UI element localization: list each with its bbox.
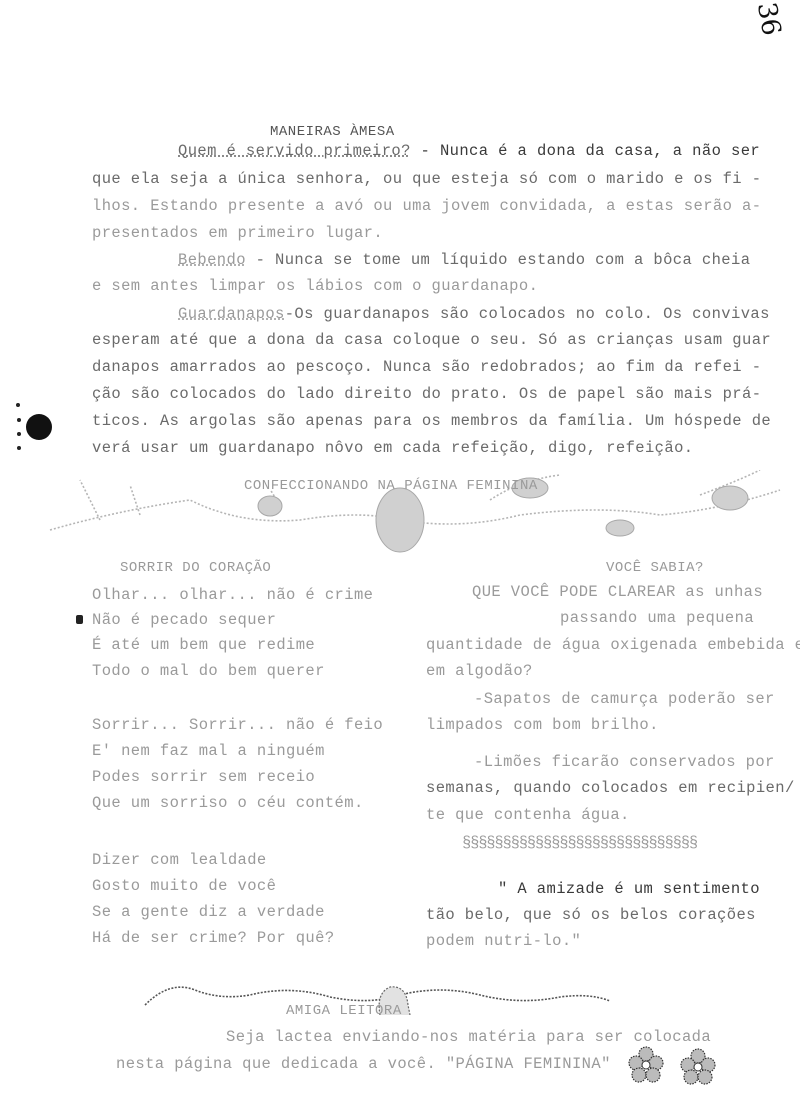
poem-line: Podes sorrir sem receio bbox=[92, 768, 315, 786]
poem-line: E' nem faz mal a ninguém bbox=[92, 742, 325, 760]
paragraph-line: ticos. As argolas são apenas para os mem… bbox=[92, 412, 771, 430]
poem-line: Todo o mal do bem querer bbox=[92, 662, 325, 680]
tip-line: semanas, quando colocados em recipien/ bbox=[426, 779, 795, 797]
page-number: 36 bbox=[751, 0, 786, 38]
tips-title: VOCÊ SABIA? bbox=[606, 560, 704, 576]
tip-line: -Sapatos de camurça poderão ser bbox=[474, 690, 775, 708]
footer-line: nesta página que dedicada a você. "PÁGIN… bbox=[116, 1055, 611, 1073]
poem-title: SORRIR DO CORAÇÃO bbox=[120, 560, 271, 576]
section-title: MANEIRAS ÀMESA bbox=[270, 124, 395, 140]
flower-stamp-icon bbox=[680, 1048, 716, 1086]
poem-line: Não é pecado sequer bbox=[92, 611, 276, 629]
quote-line: podem nutri-lo." bbox=[426, 932, 581, 950]
poem-line: Olhar... olhar... não é crime bbox=[92, 586, 373, 604]
paragraph-line: danapos amarrados ao pescoço. Nunca são … bbox=[92, 358, 761, 376]
footer-title: AMIGA LEITORA bbox=[286, 1003, 402, 1019]
paragraph-heading: Quem é servido primeiro? bbox=[178, 142, 411, 160]
separator-line: §§§§§§§§§§§§§§§§§§§§§§§§§§§§§ bbox=[462, 834, 697, 852]
poem-line: Sorrir... Sorrir... não é feio bbox=[92, 716, 383, 734]
paragraph-line: verá usar um guardanapo nôvo em cada ref… bbox=[92, 439, 694, 457]
quote-line: " A amizade é um sentimento bbox=[498, 880, 760, 898]
poem-line: É até um bem que redime bbox=[92, 636, 315, 654]
tip-line: quantidade de água oxigenada embebida e bbox=[426, 636, 800, 654]
tip-line: -Limões ficarão conservados por bbox=[474, 753, 775, 771]
ink-dot bbox=[17, 418, 21, 422]
paragraph-heading: Bebendo bbox=[178, 251, 246, 269]
banner-title: CONFECCIONANDO NA PÁGINA FEMININA bbox=[244, 478, 538, 494]
paragraph-line: ção são colocados do lado direito do pra… bbox=[92, 385, 761, 403]
paragraph-line: que ela seja a única senhora, ou que est… bbox=[92, 170, 761, 188]
paragraph-line: esperam até que a dona da casa coloque o… bbox=[92, 331, 771, 349]
tip-line: limpados com bom brilho. bbox=[426, 716, 659, 734]
ink-blot bbox=[26, 414, 52, 440]
paragraph-line: presentados em primeiro lugar. bbox=[92, 224, 383, 242]
ink-dot bbox=[17, 432, 21, 436]
paragraph-line: Bebendo - Nunca se tome um líquido estan… bbox=[178, 251, 750, 269]
paragraph-line: e sem antes limpar os lábios com o guard… bbox=[92, 277, 538, 295]
flower-stamp-icon bbox=[628, 1046, 664, 1084]
tip-line: passando uma pequena bbox=[560, 609, 754, 627]
quote-line: tão belo, que só os belos corações bbox=[426, 906, 756, 924]
ink-dot bbox=[17, 446, 21, 450]
footer-line: Seja lactea enviando-nos matéria para se… bbox=[226, 1028, 711, 1046]
poem-line: Dizer com lealdade bbox=[92, 851, 267, 869]
paragraph-line: Quem é servido primeiro? - Nunca é a don… bbox=[178, 142, 760, 160]
tip-line: QUE VOCÊ PODE CLAREAR as unhas bbox=[472, 583, 763, 601]
ink-dot bbox=[16, 403, 20, 407]
poem-line: Gosto muito de você bbox=[92, 877, 276, 895]
paragraph-line: Guardanapos-Os guardanapos são colocados… bbox=[178, 305, 770, 323]
paragraph-line: lhos. Estando presente a avó ou uma jove… bbox=[92, 197, 761, 215]
poem-line: Que um sorriso o céu contém. bbox=[92, 794, 364, 812]
tip-line: te que contenha água. bbox=[426, 806, 630, 824]
poem-line: Há de ser crime? Por quê? bbox=[92, 929, 335, 947]
bullet-mark bbox=[76, 615, 83, 624]
poem-line: Se a gente diz a verdade bbox=[92, 903, 325, 921]
tip-line: em algodão? bbox=[426, 662, 533, 680]
paragraph-heading: Guardanapos bbox=[178, 305, 285, 323]
